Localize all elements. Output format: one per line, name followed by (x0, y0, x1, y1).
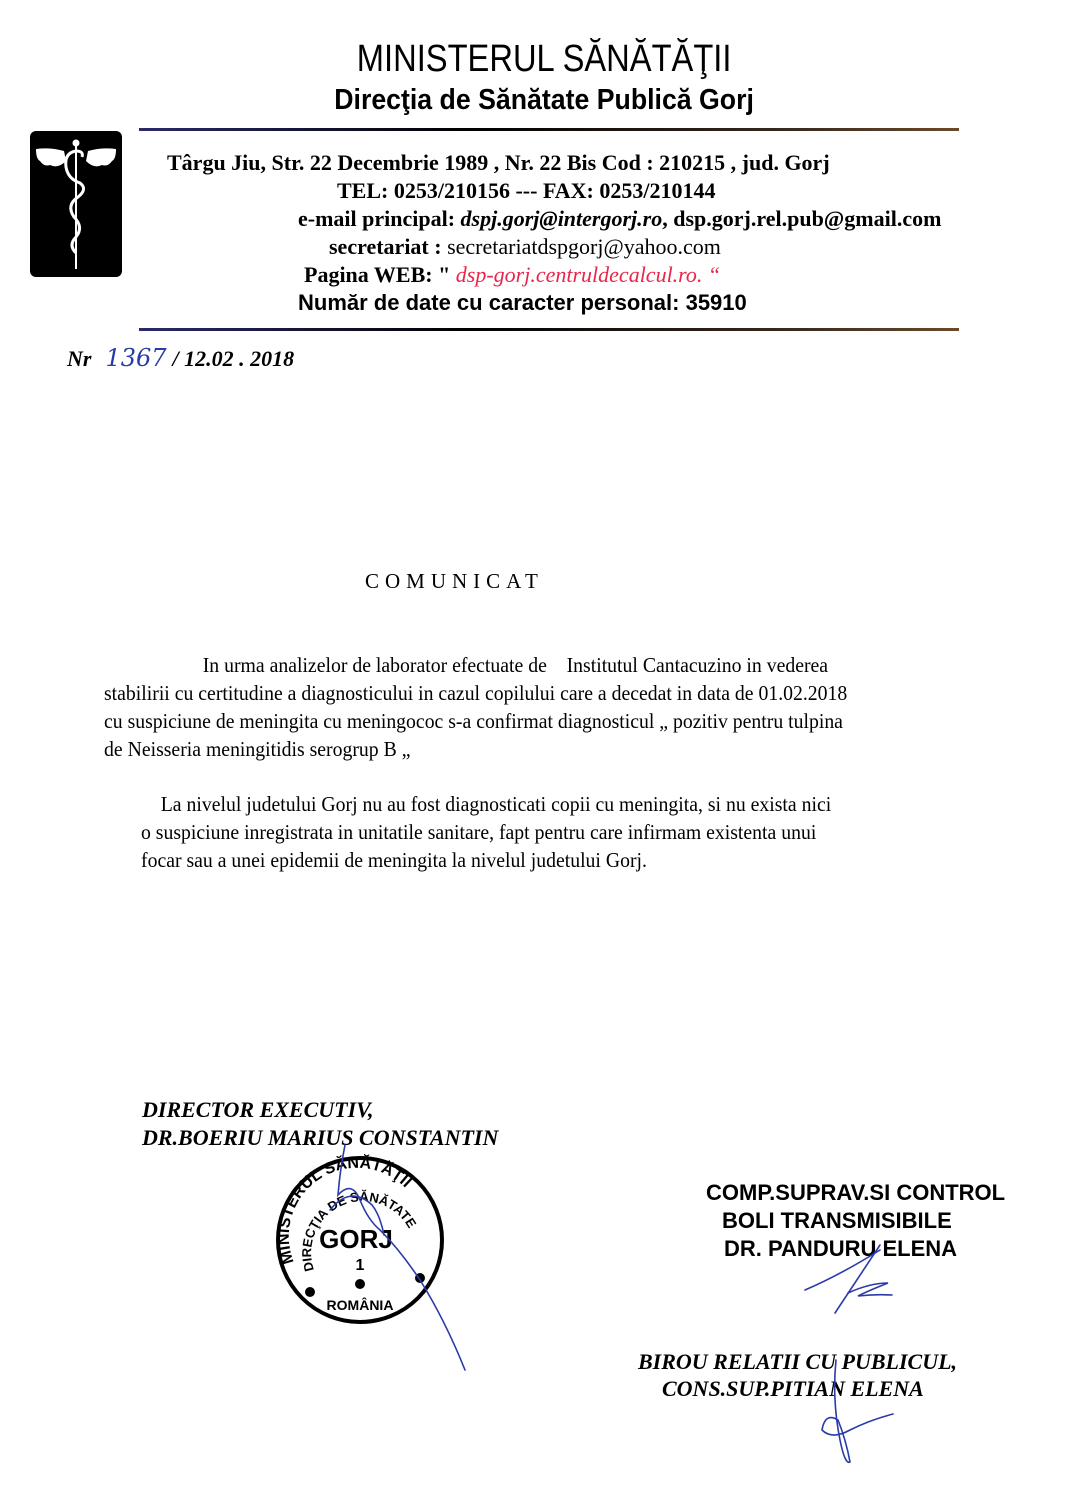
secretariat-email-link[interactable]: secretariatdspgorj@yahoo.com (447, 234, 721, 259)
comp-title-line1: COMP.SUPRAV.SI CONTROL (706, 1180, 1005, 1206)
document-title: COMUNICAT (365, 569, 544, 594)
paragraph-line: La nivelul judetului Gorj nu au fost dia… (141, 790, 1015, 818)
address-line: Târgu Jiu, Str. 22 Decembrie 1989 , Nr. … (167, 150, 830, 176)
birou-name: CONS.SUP.PITIAN ELENA (662, 1376, 924, 1402)
birou-title: BIROU RELATII CU PUBLICUL, (638, 1349, 957, 1375)
web-url-link[interactable]: dsp-gorj.centruldecalcul.ro. “ (456, 262, 720, 287)
director-title: DIRECTOR EXECUTIV, (142, 1097, 374, 1123)
tel-fax-line: TEL: 0253/210156 --- FAX: 0253/210144 (337, 178, 715, 204)
paragraph-line: cu suspiciune de meningita cu meningococ… (104, 707, 1021, 735)
director-name: DR.BOERIU MARIUS CONSTANTIN (142, 1125, 498, 1151)
stamp-number: 1 (356, 1257, 365, 1274)
paragraph-line: focar sau a unei epidemii de meningita l… (141, 846, 1015, 874)
handwritten-number: 1367 (105, 344, 166, 372)
paragraph-line: o suspiciune inregistrata in unitatile s… (141, 818, 1015, 846)
header-divider-top (139, 128, 959, 131)
ministry-title: MINISTERUL SĂNĂTĂŢII (76, 38, 1012, 81)
stamp-center: GORJ (319, 1224, 393, 1254)
paragraph-line: In urma analizelor de laborator efectuat… (104, 651, 1021, 679)
comp-title-line2: BOLI TRANSMISIBILE (722, 1208, 952, 1234)
registration-number: Nr1367/ 12.02 . 2018 (67, 344, 294, 372)
paragraph-line: stabilirii cu certitudine a diagnosticul… (104, 679, 1021, 707)
web-line: Pagina WEB: " dsp-gorj.centruldecalcul.r… (304, 262, 720, 288)
web-label: Pagina WEB: " (304, 262, 456, 287)
direction-subtitle: Direcţia de Sănătate Publică Gorj (44, 84, 1045, 117)
caduceus-logo-icon (30, 131, 122, 277)
secretariat-label: secretariat : (329, 234, 447, 259)
paragraph-lab-results: In urma analizelor de laborator efectuat… (104, 651, 1021, 763)
official-stamp-icon: MINISTERUL SĂNĂTĂŢII DIRECŢIA DE SĂNĂTAT… (270, 1150, 450, 1330)
registration-date: / 12.02 . 2018 (173, 346, 295, 371)
gdpr-registration: Număr de date cu caracter personal: 3591… (298, 290, 747, 316)
secretariat-line: secretariat : secretariatdspgorj@yahoo.c… (329, 234, 721, 260)
email-line: e-mail principal: dspj.gorj@intergorj.ro… (298, 206, 941, 232)
email-secondary-link[interactable]: , dsp.gorj.rel.pub@gmail.com (662, 206, 941, 231)
stamp-bottom: ROMÂNIA (327, 1296, 394, 1313)
registration-prefix: Nr (67, 346, 91, 371)
email-label: e-mail principal: (298, 206, 461, 231)
email-primary-link[interactable]: dspj.gorj@intergorj.ro (461, 206, 663, 231)
paragraph-county-status: La nivelul judetului Gorj nu au fost dia… (141, 790, 1015, 874)
paragraph-line: de Neisseria meningitidis serogrup B „ (104, 735, 1021, 763)
comp-name: DR. PANDURU ELENA (724, 1236, 957, 1262)
header-divider-bottom (139, 328, 959, 331)
